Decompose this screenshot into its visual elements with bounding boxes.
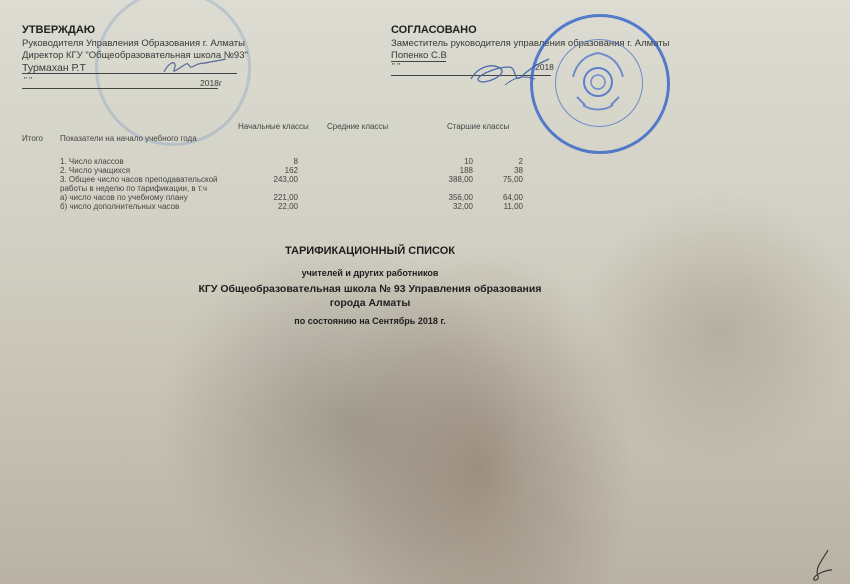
approve-date-line — [22, 88, 218, 89]
row-value: 64,00 — [463, 193, 523, 202]
approve-signature — [160, 56, 230, 78]
row-label: работы в неделю по тарификации, в т.ч — [60, 184, 207, 193]
agreed-title: СОГЛАСОВАНО — [391, 24, 477, 36]
column-header-middle: Средние классы — [327, 122, 388, 131]
section-label: Показатели на начало учебного года — [60, 134, 197, 143]
organization-line1: КГУ Общеобразовательная школа № 93 Управ… — [0, 283, 740, 295]
row-label: а) число часов по учебному плану — [60, 193, 188, 202]
agreed-date-quotes: " " — [392, 62, 400, 71]
initial-mark — [806, 548, 836, 584]
approve-year: 2018г — [200, 78, 222, 88]
row-value: 11,00 — [463, 202, 523, 211]
row-value: 2 — [463, 157, 523, 166]
column-header-primary: Начальные классы — [238, 122, 309, 131]
as-of-date: по состоянию на Сентябрь 2018 г. — [0, 316, 740, 326]
approve-date-quotes: " " — [24, 76, 32, 85]
agreed-signatory-name: Попенко С.В — [391, 50, 447, 61]
official-stamp — [530, 14, 670, 154]
document-title: ТАРИФИКАЦИОННЫЙ СПИСОК — [0, 245, 740, 257]
row-value: 38 — [463, 166, 523, 175]
column-header-senior: Старшие классы — [447, 122, 509, 131]
row-value: 8 — [238, 157, 298, 166]
row-value: 243,00 — [238, 175, 298, 184]
row-value: 75,00 — [463, 175, 523, 184]
approve-position-line1: Руководителя Управления Образования г. А… — [22, 38, 245, 49]
row-label: 3. Общее число часов преподавательской — [60, 175, 218, 184]
row-label: 2. Число учащихся — [60, 166, 130, 175]
row-value: 162 — [238, 166, 298, 175]
row-label: 1. Число классов — [60, 157, 124, 166]
row-value: 22,00 — [238, 202, 298, 211]
row-label: б) число дополнительных часов — [60, 202, 179, 211]
row-value: 221,00 — [238, 193, 298, 202]
document-subtitle: учителей и других работников — [0, 268, 740, 278]
total-label: Итого — [22, 134, 43, 143]
emblem-icon — [563, 47, 633, 117]
approve-title: УТВЕРЖДАЮ — [22, 24, 95, 36]
organization-line2: города Алматы — [0, 297, 740, 309]
